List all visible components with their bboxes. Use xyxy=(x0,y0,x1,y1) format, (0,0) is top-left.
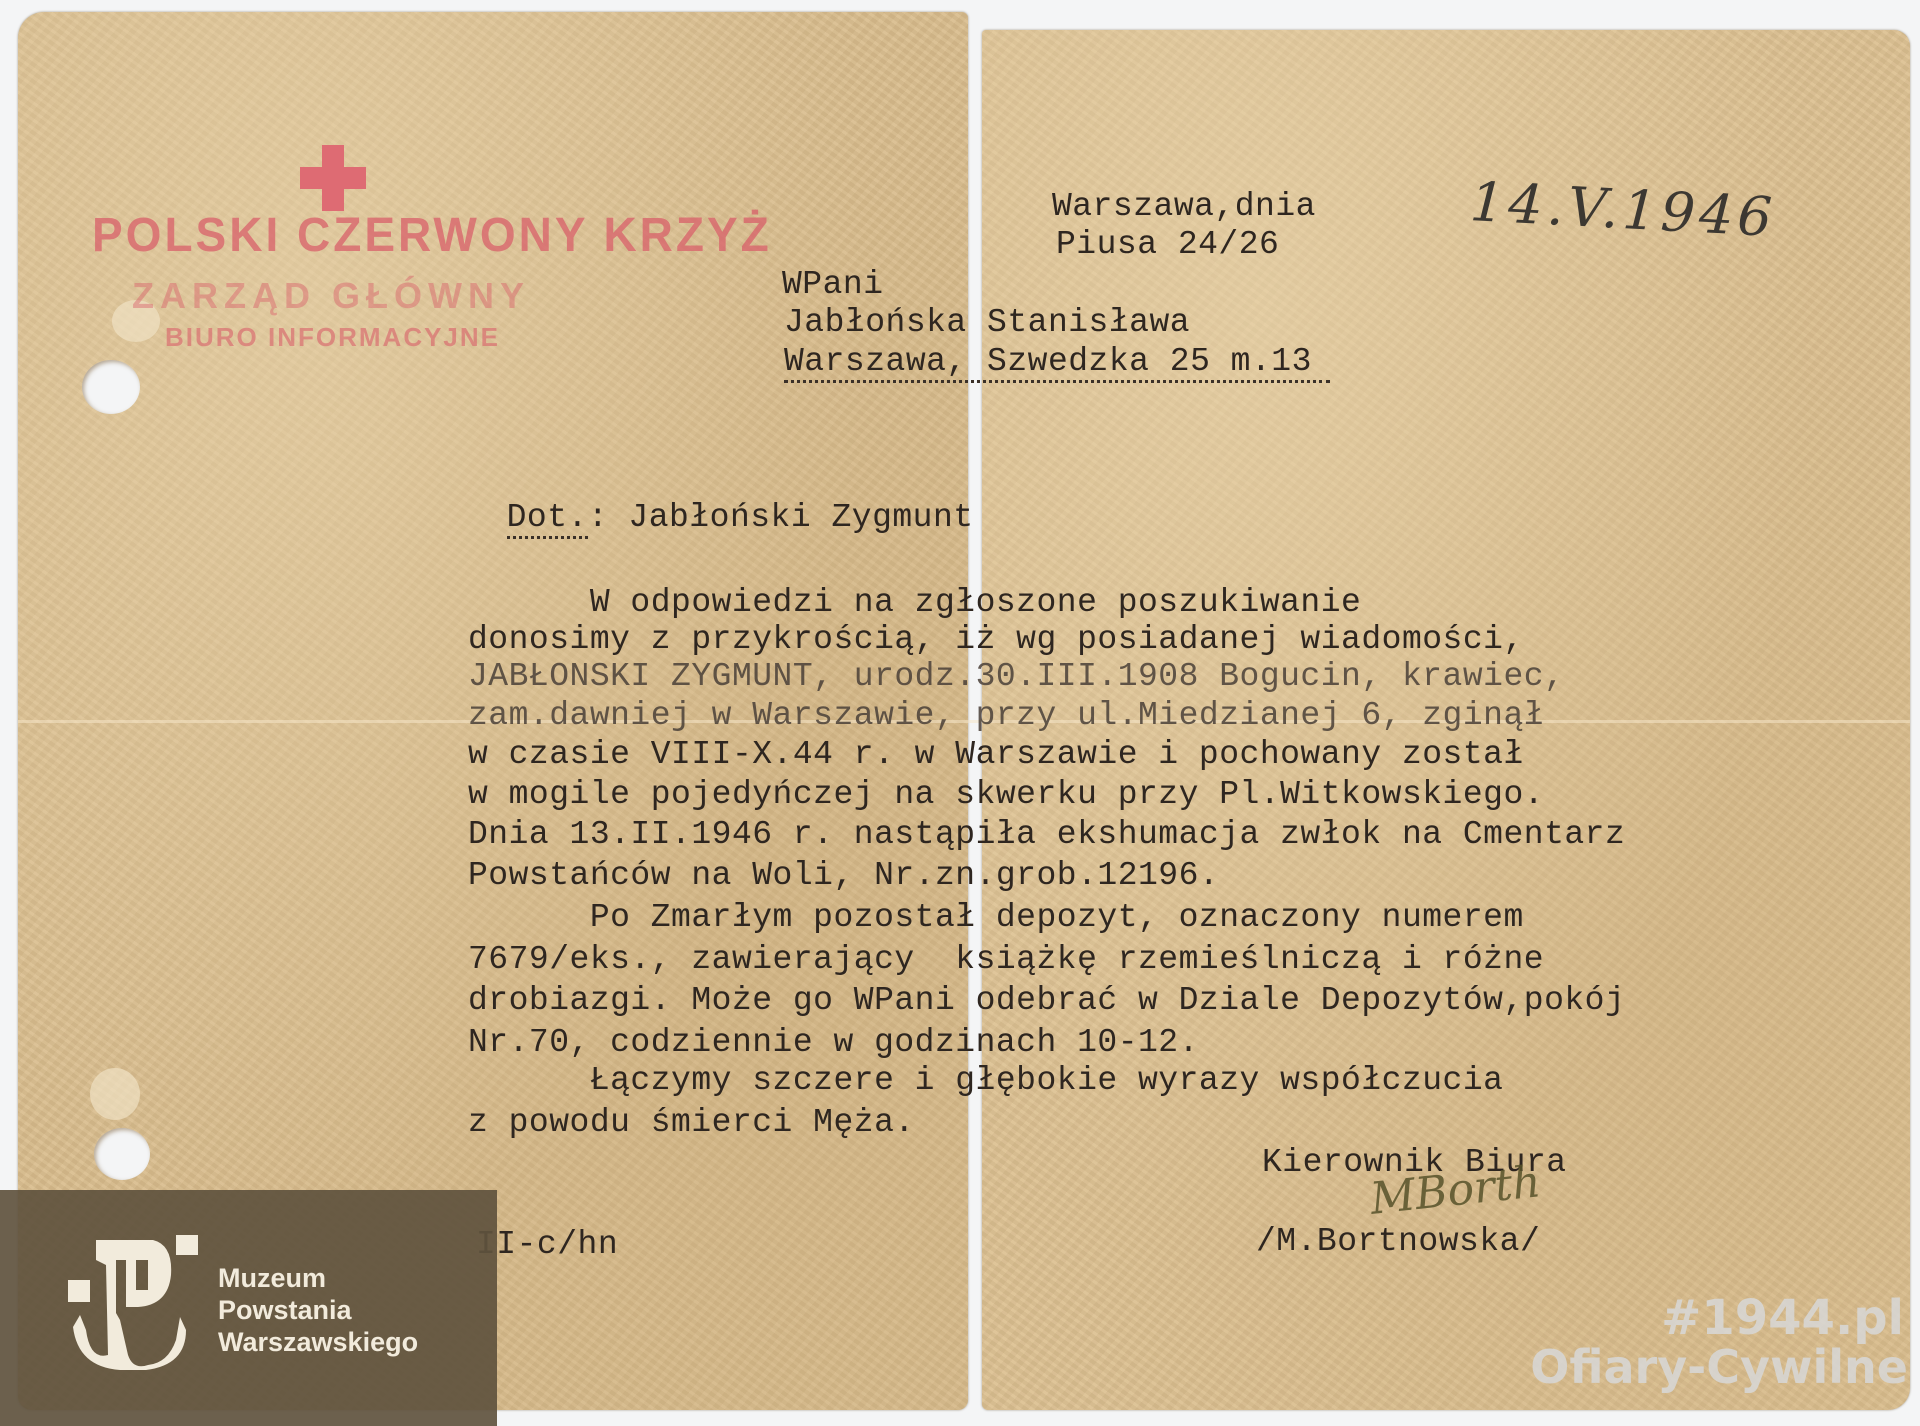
body-line: drobiazgi. Może go WPani odebrać w Dzial… xyxy=(468,982,1625,1019)
museum-name: Muzeum Powstania Warszawskiego xyxy=(218,1262,418,1358)
stamp-line-board: ZARZĄD GŁÓWNY xyxy=(132,275,530,317)
subject-label: Dot. xyxy=(507,499,588,539)
recipient-salutation: WPani xyxy=(782,266,884,303)
museum-name-line: Powstania xyxy=(218,1294,418,1326)
recipient-name: Jabłońska Stanisława xyxy=(784,304,1190,341)
subject-value: : Jabłoński Zygmunt xyxy=(588,499,974,536)
watermark-site: #1944.pl xyxy=(1661,1290,1904,1346)
place-date-label: Warszawa,dnia xyxy=(1052,188,1316,225)
museum-logo-panel: Muzeum Powstania Warszawskiego xyxy=(0,1190,497,1426)
body-line: Nr.70, codziennie w godzinach 10-12. xyxy=(468,1024,1199,1061)
reference-code: II-c/hn xyxy=(476,1226,618,1263)
subject-line: Dot.: Jabłoński Zygmunt xyxy=(466,462,974,536)
punch-hole-top xyxy=(82,360,140,414)
watermark-collection: Ofiary-Cywilne xyxy=(1530,1340,1908,1394)
body-line: W odpowiedzi na zgłoszone poszukiwanie xyxy=(468,584,1361,621)
body-line: Dnia 13.II.1946 r. nastąpiła ekshumacja … xyxy=(468,816,1625,853)
body-line: donosimy z przykrością, iż wg posiadanej… xyxy=(468,621,1524,658)
stamp-line-bureau: BIURO INFORMACYJNE xyxy=(165,322,500,353)
body-line: zam.dawniej w Warszawie, przy ul.Miedzia… xyxy=(468,697,1544,734)
body-line: Powstańców na Woli, Nr.zn.grob.12196. xyxy=(468,857,1219,894)
museum-name-line: Warszawskiego xyxy=(218,1326,418,1358)
body-line: Łączymy szczere i głębokie wyrazy współc… xyxy=(468,1062,1503,1099)
punch-hole-mark xyxy=(90,1068,140,1120)
signatory-name: /M.Bortnowska/ xyxy=(1256,1223,1540,1260)
recipient-address: Warszawa, Szwedzka 25 m.13 xyxy=(784,343,1330,383)
body-line: 7679/eks., zawierający książkę rzemieśln… xyxy=(468,941,1544,978)
kotwica-anchor-logo-icon xyxy=(68,1235,198,1370)
body-line: JABŁONSKI ZYGMUNT, urodz.30.III.1908 Bog… xyxy=(468,658,1564,695)
punch-hole-bottom xyxy=(94,1128,150,1180)
body-line: z powodu śmierci Męża. xyxy=(468,1104,915,1141)
body-line: w mogile pojedyńczej na skwerku przy Pl.… xyxy=(468,776,1544,813)
body-line: w czasie VIII-X.44 r. w Warszawie i poch… xyxy=(468,736,1524,773)
sender-address: Piusa 24/26 xyxy=(1056,226,1279,263)
body-line: Po Zmarłym pozostał depozyt, oznaczony n… xyxy=(468,899,1524,936)
red-cross-icon xyxy=(300,145,366,211)
stamp-line-organization: POLSKI CZERWONY KRZYŻ xyxy=(92,206,772,263)
museum-name-line: Muzeum xyxy=(218,1262,418,1294)
